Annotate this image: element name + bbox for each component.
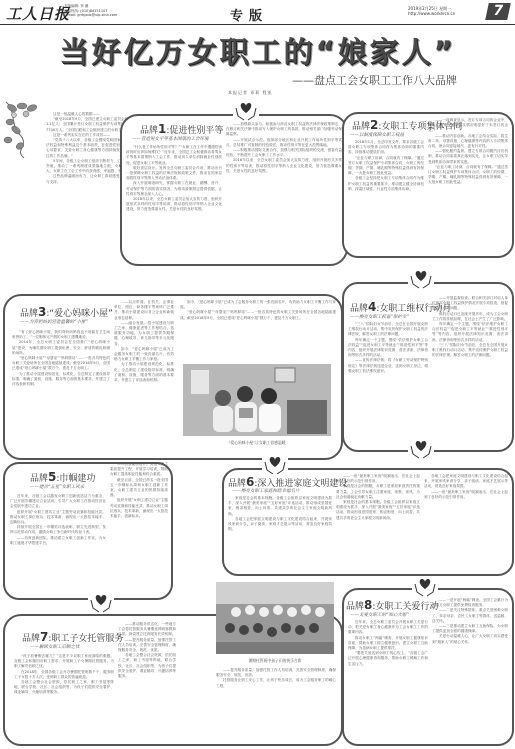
brand-7-title: 品牌7:职工子女托管服务 [22, 630, 123, 644]
brand-1-text-col2: ——加强源头参与。积极参与涉及女职工权益的法律法规政策制定，在修订相关法律中推动… [226, 122, 342, 260]
brand-6-text-col1: 家庭是社会的基本细胞。各级工会组织以家庭文明建设为抓手，深入开展“最美家庭”“五… [228, 496, 332, 570]
brand-5-text: 近年来，各级工会以激发女职工创新创造活力为重点，广泛开展巾帼建功立业活动，引导广… [10, 494, 106, 594]
brand-7-text-col3: ——提升服务质量。加强托管工作人员培训，完善安全管理制度，确保服务安全、规范、优… [216, 668, 336, 740]
brand-4-text-col2: ——开展监督检查。联合相关部门对用人单位落实女职工权益保护情况开展专项检查，督促… [432, 296, 508, 442]
brand-5-subtitle: ——建功“五星”女职工风采 [30, 484, 84, 490]
page-number: 7 [485, 3, 511, 20]
brand-2-text-col2: ——一项调查显示，签订专项合同的企业中，女职工特殊权益的落实情况明显好于未签订的… [428, 118, 508, 252]
heart-hands-icon [412, 576, 438, 598]
mothers-room-photo [183, 364, 331, 436]
brand-4-text-col1: “三八”国际妇女节前后，全总在全国开展女职工维权行动月活动，集中宣传保护女职工权… [348, 322, 428, 446]
heart-hands-icon [88, 592, 114, 614]
masthead-meta: 本版编辑: 李 薇 新闻热线: (010)84151107 E-mail: gr… [64, 4, 117, 18]
brand-5-title: 品牌5:巾帼建功 [30, 470, 95, 484]
email-line: E-mail: grrbjzdx@vip.sina.com [64, 13, 117, 18]
brand-8-subtitle: ——关爱女职工的“知心大姐” [350, 612, 409, 618]
brand-6-text-col2: ——一批“最美职工家庭”脱颖而出，在社会上起到了良好的示范引领作用。 家庭是社会… [336, 474, 420, 570]
heart-hands-icon [408, 268, 434, 290]
brand-3-text-col1: “有了爱心妈咪小屋，我们背奶妈妈再也不用躲在卫生间里挤奶了。”一位刚休完产假的女… [12, 330, 110, 454]
heart-hands-icon [233, 100, 259, 122]
brand-8-text-col1: 近年来，全总女职工委员会开展女职工关爱行动，把关爱女职工身心健康作为工会女职工工… [348, 620, 428, 740]
brand-1-subtitle: ——营造男女平等基本国策的工会环境 [132, 136, 209, 142]
brand-5-text-col2: ——加强素质提升。实施女职工素质提升工程，开展学习培训，帮助女职工提高职业技能和… [110, 462, 168, 596]
brand-2-subtitle: ——以制度保障女职工权益 [350, 132, 404, 138]
childcare-group-photo [216, 582, 334, 654]
brand-6-subtitle: ——擦亮女职工家庭和睦幸福名片 [232, 488, 300, 494]
byline: 本报记者 邓莉 程凯 [228, 90, 273, 96]
brand-6-text-col3: 各地工会把家庭文明建设与职工文化建设结合起来，开展家风家训分享、亲子阅读、家庭才… [424, 474, 508, 570]
photo-caption-1: “爱心妈咪小屋”让女职工倍感温暖 [183, 440, 331, 446]
brand-1-title: 品牌1:促进性别平等 [140, 122, 223, 136]
brand-8-title: 品牌8:女职工关爱行动 [346, 598, 438, 612]
section-name: 专版 [230, 5, 268, 24]
brand-3-title: 品牌3:“爱心妈咪小屋” [20, 305, 113, 319]
page-subhead: ——盘点工会女职工工作八大品牌 [292, 72, 457, 88]
brand-3-text-col3: 如今，“爱心妈咪小屋”已成为工会服务女职工的一张亮丽名片，有效助力女职工平衡工作… [180, 300, 336, 356]
heart-hands-icon [262, 454, 288, 476]
brand-3-text-col2: ——以点带面。在机关、企事业单位、园区、商务楼宇等场所广泛推开，推动小屋建设向非… [114, 300, 174, 454]
photo-caption-2: 暑期托管班中孩子们的快乐合影 [216, 658, 334, 664]
brand-8-text-col2: ——一是开展“两癌”筛查。全国工会累计为数百万女职工提供免费检查服务。 ——二是… [432, 598, 508, 740]
brand-4-subtitle: ——擦亮女职工权益“保护伞” [350, 314, 409, 320]
masthead: 工人日报 本版编辑: 李 薇 新闻热线: (010)84151107 E-mai… [0, 0, 515, 25]
brand-6-title: 品牌6:深入推进家庭文明建设 [228, 475, 347, 489]
floral-decoration-icon [2, 100, 48, 160]
date-info: 2019年2月25日 星期一 http://www.workercn.cn [408, 6, 455, 16]
brand-3-subtitle: ——为背奶妈妈营造温馨的“小屋” [20, 319, 88, 325]
page-headline: 当好亿万女职工的“娘家人” [0, 30, 515, 71]
site-url[interactable]: http://www.workercn.cn [408, 11, 455, 16]
brand-7-text-col2: ——推动服务常态化。一些地方工会将托管服务从暑期延伸到寒假和日常，探索建立托育服… [118, 622, 176, 740]
brand-7-text-col1: “孩子放暑假去哪儿？”这是不少双职工家庭面临的难题。各级工会积极回应职工需求，开… [14, 654, 114, 740]
brand-2-text-col1: 2018年1月，全总印发文件，要求各级工会将女职工专项集体合同作为集体协商的重要… [348, 140, 424, 252]
newspaper-logo: 工人日报 [6, 3, 70, 24]
brand-1-text-col1: “什么是工作场所性别平等？”“女职工在工作中遭遇性别歧视时应该如何维权？”近年来… [126, 145, 222, 260]
brand-7-subtitle: ——解除女职工后顾之忧 [30, 644, 80, 650]
